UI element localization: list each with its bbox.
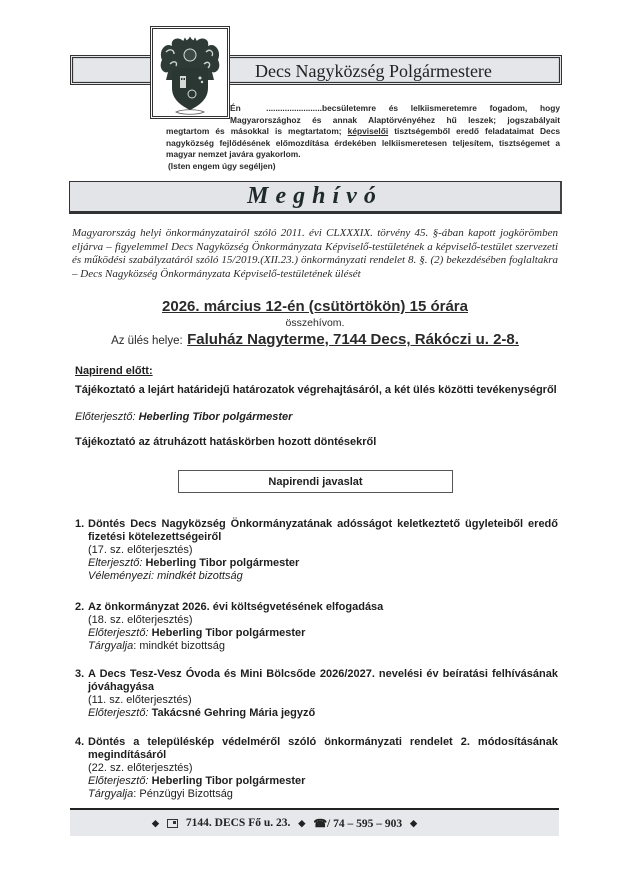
agenda-item-presenter: Előterjesztő: Heberling Tibor polgármest…: [75, 627, 558, 640]
oath-line-start: Én: [230, 103, 241, 113]
agenda-item: 1. Döntés Decs Nagyközség Önkormányzatán…: [75, 518, 558, 583]
invitation-title: Meghívó: [247, 183, 383, 210]
pre-agenda-item: Tájékoztató az átruházott hatáskörben ho…: [75, 436, 376, 448]
oath-closing: (Isten engem úgy segéljen): [166, 161, 560, 173]
review-label: Tárgyalja: [88, 640, 133, 652]
oath-text: Én ........................becsületemre …: [166, 103, 560, 173]
agenda-item-proposal: (11. sz. előterjesztés): [75, 694, 558, 707]
presenter-name: Heberling Tibor polgármester: [152, 775, 306, 787]
oath-line2: Magyarországhoz és annak Alaptörvényéhez…: [166, 115, 560, 127]
pre-agenda-heading: Napirend előtt:: [75, 365, 153, 377]
bullet-icon: ◆: [298, 818, 305, 829]
agenda-item-number: 2.: [75, 601, 84, 614]
phone-icon: ☎: [313, 818, 327, 830]
pre-agenda-item-title: Tájékoztató a lejárt határidejű határoza…: [75, 384, 558, 397]
review-value: mindkét bizottság: [157, 570, 243, 582]
agenda-item-presenter: Elterjesztő: Heberling Tibor polgármeste…: [75, 557, 558, 570]
invitation-intro: Magyarország helyi önkormányzatairól szó…: [72, 227, 558, 282]
agenda-item-title: A Decs Tesz-Vesz Óvoda és Mini Bölcsőde …: [75, 668, 558, 694]
bullet-icon: ◆: [152, 818, 159, 829]
agenda-item-review: Véleményezi: mindkét bizottság: [75, 570, 558, 583]
agenda-item-title: Döntés a településkép védelméről szóló ö…: [75, 736, 558, 762]
agenda-item: 2. Az önkormányzat 2026. évi költségveté…: [75, 601, 558, 653]
agenda-item-review: Tárgyalja: Pénzügyi Bizottság: [75, 788, 558, 801]
pre-agenda-item: Tájékoztató a lejárt határidejű határoza…: [75, 384, 558, 397]
meeting-date: 2026. március 12-én (csütörtökön) 15 órá…: [60, 298, 570, 315]
agenda-heading-box: Napirendi javaslat: [178, 470, 453, 493]
review-label: Tárgyalja: [88, 788, 133, 800]
agenda-item: 4. Döntés a településkép védelméről szól…: [75, 736, 558, 801]
oath-line1-rest: becsületemre és lelkiismeretemre fogadom…: [322, 103, 560, 113]
pre-agenda-presenter: Előterjesztő: Heberling Tibor polgármest…: [75, 411, 292, 424]
agenda-item: 3. A Decs Tesz-Vesz Óvoda és Mini Bölcső…: [75, 668, 558, 720]
presenter-name: Heberling Tibor polgármester: [139, 411, 293, 423]
agenda-item-presenter: Előterjesztő: Takácsné Gehring Mária jeg…: [75, 707, 558, 720]
review-value: Pénzügyi Bizottság: [139, 788, 233, 800]
presenter-name: Heberling Tibor polgármester: [145, 557, 299, 569]
agenda-item-title: Döntés Decs Nagyközség Önkormányzatának …: [75, 518, 558, 544]
agenda-item-proposal: (22. sz. előterjesztés): [75, 762, 558, 775]
presenter-label: Előterjesztő:: [88, 775, 149, 787]
agenda-item-number: 1.: [75, 518, 84, 531]
agenda-item-proposal: (17. sz. előterjesztés): [75, 544, 558, 557]
agenda-item-number: 3.: [75, 668, 84, 681]
agenda-item-number: 4.: [75, 736, 84, 749]
footer-address: 7144. DECS Fő u. 23.: [186, 817, 290, 829]
convene-text: összehívom.: [60, 317, 570, 329]
presenter-label: Előterjesztő:: [75, 411, 136, 423]
oath-name-blank: ........................: [266, 103, 322, 113]
review-label: Véleményezi:: [88, 570, 154, 582]
meeting-venue: Az ülés helye: Faluház Nagyterme, 7144 D…: [60, 331, 570, 349]
venue-label: Az ülés helye:: [111, 335, 183, 347]
presenter-name: Heberling Tibor polgármester: [152, 627, 306, 639]
presenter-name: Takácsné Gehring Mária jegyző: [152, 707, 316, 719]
agenda-item-proposal: (18. sz. előterjesztés): [75, 614, 558, 627]
presenter-label: Előterjesztő:: [88, 627, 149, 639]
header-title: Decs Nagyközség Polgármestere: [255, 60, 555, 82]
presenter-label: Előterjesztő:: [88, 707, 149, 719]
agenda-item-title: Az önkormányzat 2026. évi költségvetésén…: [75, 601, 558, 614]
oath-line3-pre: megtartom és másokkal is megtartatom;: [166, 126, 342, 136]
invitation-title-box: Meghívó: [69, 181, 562, 214]
mail-icon: [167, 819, 178, 828]
phone-number: / 74 – 595 – 903: [327, 818, 402, 830]
bullet-icon: ◆: [410, 818, 417, 829]
agenda-heading: Napirendi javaslat: [268, 476, 362, 488]
agenda-item-review: Tárgyalja: mindkét bizottság: [75, 640, 558, 653]
presenter-label: Elterjesztő:: [88, 557, 142, 569]
review-value: mindkét bizottság: [139, 640, 225, 652]
venue-value: Faluház Nagyterme, 7144 Decs, Rákóczi u.…: [187, 331, 519, 348]
agenda-item-presenter: Előterjesztő: Heberling Tibor polgármest…: [75, 775, 558, 788]
oath-underlined-word: képviselői: [348, 126, 389, 136]
footer-bar: ◆ 7144. DECS Fő u. 23. ◆ ☎/ 74 – 595 – 9…: [70, 808, 559, 836]
footer-phone: ☎/ 74 – 595 – 903: [313, 817, 402, 830]
